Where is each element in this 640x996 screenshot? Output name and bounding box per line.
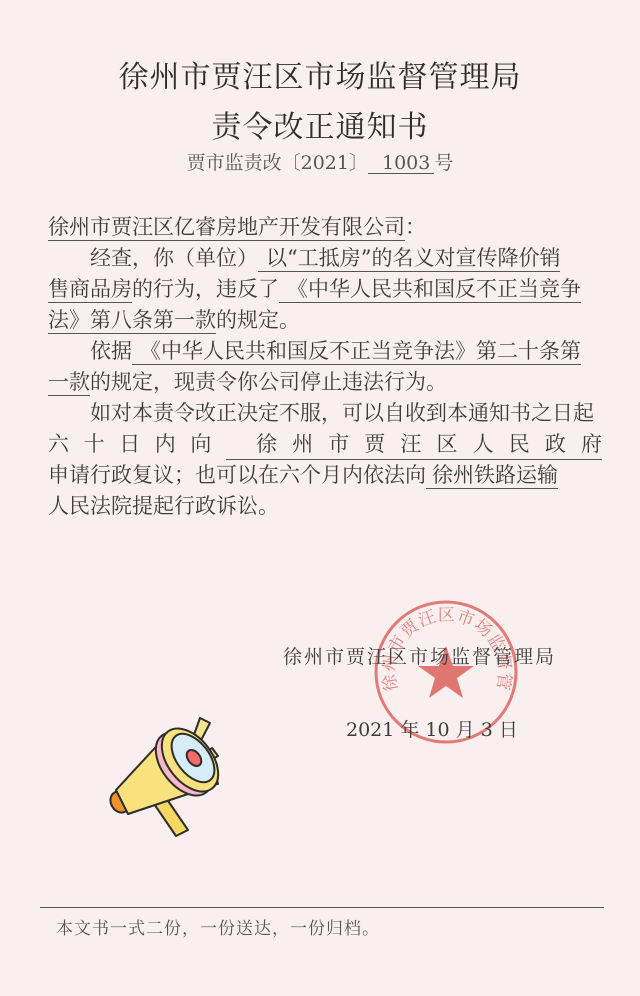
char: 汪 (400, 429, 421, 458)
char: 内 (155, 429, 176, 460)
underlined-violation: 以“工抵房”的名义对宣传降价销 (258, 246, 560, 272)
paragraph-1-line-2: 售商品房的行为，违反了《中华人民共和国反不正当竞争 (48, 274, 602, 305)
text-segment: 的规定，现责令你公司停止违法行为。 (90, 370, 447, 394)
char: 州 (292, 429, 313, 458)
doc-number-suffix: 号 (434, 152, 453, 174)
paragraph-2-line-1: 依据《中华人民共和国反不正当竞争法》第二十条第 (48, 336, 602, 367)
paragraph-3-line-3: 申请行政复议；也可以在六个月内依法向徐州铁路运输 (48, 460, 602, 491)
paragraph-3-line-4: 人民法院提起行政诉讼。 (48, 491, 602, 522)
issue-date: 2021 年 10 月 3 日 (346, 715, 518, 742)
text-segment: 的行为，违反了 (132, 277, 279, 301)
footer-divider (40, 907, 604, 908)
paragraph-2-line-2: 一款的规定，现责令你公司停止违法行为。 (48, 367, 602, 398)
footer-note: 本文书一式二份，一份送达，一份归档。 (56, 914, 380, 939)
doc-number-prefix: 贾市监责改〔2021〕 (187, 152, 368, 174)
doc-number-value: 1003 (368, 153, 434, 174)
megaphone-icon (100, 690, 240, 840)
issuer-signature: 徐州市贾汪区市场监督管理局 (283, 642, 556, 669)
document-number: 贾市监责改〔2021〕1003号 (0, 148, 640, 175)
underlined-law: 一款 (48, 370, 90, 396)
char: 徐 (256, 429, 277, 458)
paragraph-3-line-1: 如对本责令改正决定不服，可以自收到本通知书之日起 (48, 398, 602, 429)
char: 政 (545, 429, 566, 458)
char: 市 (328, 429, 349, 458)
underlined-authority: 徐 州 市 贾 汪 区 人 民 政 府 (226, 429, 602, 460)
char: 民 (509, 429, 530, 458)
notice-body: 徐州市贾汪区亿睿房地产开发有限公司： 经查，你（单位）以“工抵房”的名义对宣传降… (48, 212, 602, 522)
text-segment: 的规定。 (216, 308, 300, 332)
paragraph-1-line-3: 法》第八条第一款的规定。 (48, 305, 602, 336)
underlined-law: 《中华人民共和国反不正当竞争法》第二十条第 (132, 339, 581, 365)
char: 十 (84, 429, 105, 460)
char: 向 (190, 429, 211, 460)
underlined-court: 徐州铁路运输 (426, 463, 558, 489)
addressee-colon: ： (405, 215, 426, 239)
char: 人 (473, 429, 494, 458)
underlined-law: 法》第八条第一款 (48, 308, 216, 334)
char: 府 (581, 429, 602, 458)
agency-title: 徐州市贾汪区市场监督管理局 (0, 52, 640, 96)
text-segment: 依据 (90, 339, 132, 363)
char: 日 (119, 429, 140, 460)
char: 区 (437, 429, 458, 458)
text-segment: 经查，你（单位） (90, 246, 258, 270)
text-segment: 申请行政复议；也可以在六个月内依法向 (48, 463, 426, 487)
paragraph-1-line-1: 经查，你（单位）以“工抵房”的名义对宣传降价销 (48, 243, 602, 274)
paragraph-3-line-2: 六 十 日 内 向 徐 州 市 贾 汪 区 人 民 政 府 (48, 429, 602, 460)
addressee-name: 徐州市贾汪区亿睿房地产开发有限公司 (48, 215, 405, 241)
char: 六 (48, 429, 69, 460)
char: 贾 (364, 429, 385, 458)
document-title: 责令改正通知书 (0, 102, 640, 146)
addressee-line: 徐州市贾汪区亿睿房地产开发有限公司： (48, 212, 602, 243)
underlined-law: 《中华人民共和国反不正当竞争 (279, 277, 581, 303)
underlined-violation: 售商品房 (48, 277, 132, 303)
